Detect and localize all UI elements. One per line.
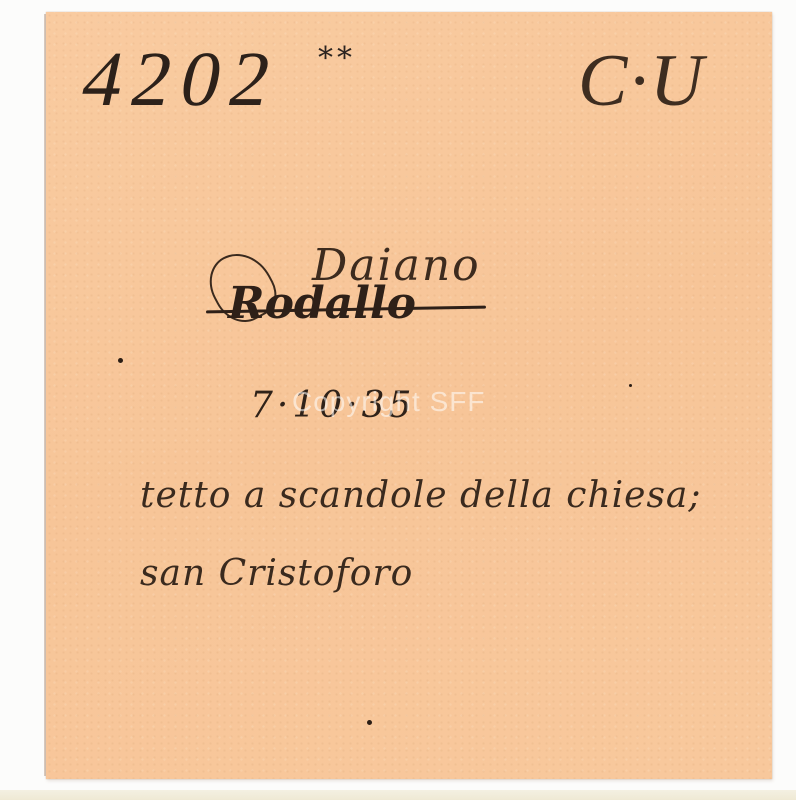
classification-code: C·U <box>578 44 705 118</box>
ink-speck <box>629 384 632 387</box>
catalog-number: 4202 <box>76 40 289 118</box>
ink-speck <box>367 720 372 725</box>
scan-page: 4202 ** C·U Daiano Rodallo 7·10·35 Copyr… <box>0 0 796 800</box>
copyright-watermark: Copyright SFF <box>292 386 486 418</box>
ink-speck <box>118 358 123 363</box>
place-name-struck: Rodallo <box>228 282 416 326</box>
description-line-1: tetto a scandole della chiesa; <box>140 478 702 514</box>
scanner-edge-strip <box>0 790 796 800</box>
catalog-mark-stars: ** <box>318 44 356 74</box>
description-line-2: san Cristoforo <box>140 556 413 592</box>
